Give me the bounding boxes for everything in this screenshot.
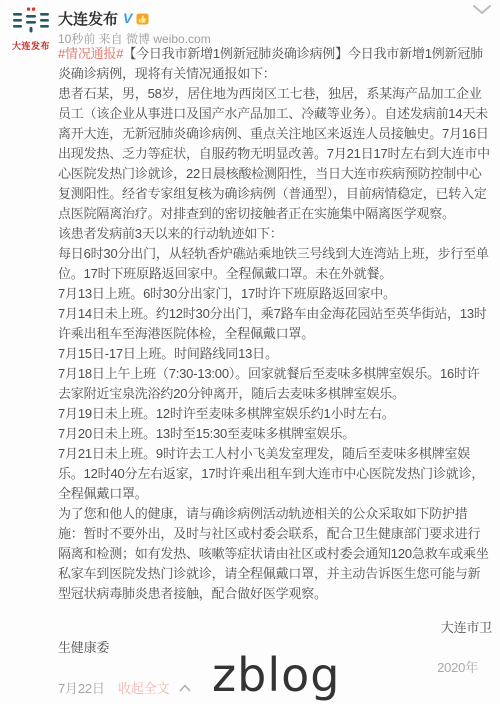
post-paragraph: 患者石某，男，58岁，居住地为西岗区工七巷，独居，系某海产品加工企业员工（该企业… — [58, 84, 492, 224]
username[interactable]: 大连发布 — [58, 8, 118, 29]
weibo-post-page: 大连发布 大连发布 V 10秒前 来自 微博 weibo.com #情况通报#【… — [0, 0, 500, 704]
post-paragraph: 7月14日未上班。约12时30分出门，乘7路车由金海花园站至英华街站，13时许乘… — [58, 304, 492, 344]
collapse-text-link[interactable]: 收起全文 — [118, 681, 169, 696]
watermark: zblog — [212, 648, 340, 702]
post-paragraph: 为了您和他人的健康，请与确诊病例活动轨迹相关的公众采取如下防护措施：暂时不要外出… — [58, 504, 492, 604]
post-paragraph: 该患者发病前3天以来的行动轨迹如下： — [58, 224, 492, 244]
post-body: #情况通报#【今日我市新增1例新冠肺炎确诊病例】今日我市新增1例新冠肺炎确诊病例… — [58, 44, 492, 699]
post-paragraph: 每日6时30分出门，从轻轨香炉礁站乘地铁三号线到大连湾站上班，步行至单位。17时… — [58, 244, 492, 284]
dalian-fabu-logo-icon — [12, 20, 50, 37]
post-paragraph: 7月18日上午上班（7:30-13:00）。回家就餐后至麦味多棋牌室娱乐。16时… — [58, 364, 492, 404]
signature-line-1: 大连市卫 — [58, 618, 492, 638]
post-paragraph: 7月20日未上班。13时至15:30至麦味多棋牌室娱乐。 — [58, 424, 492, 444]
verified-badge-icon: V — [123, 10, 132, 26]
chevron-up-icon[interactable] — [179, 678, 191, 698]
member-badge-icon — [136, 12, 149, 25]
post-paragraph: 7月21日未上班。9时许去工人村小飞美发室理发，随后至麦味多棋牌室娱乐。12时4… — [58, 444, 492, 504]
post-paragraphs: 患者石某，男，58岁，居住地为西岗区工七巷，独居，系某海产品加工企业员工（该企业… — [58, 84, 492, 604]
username-row: 大连发布 V — [58, 8, 149, 28]
post-date: 7月22日 — [58, 681, 105, 696]
post-paragraph: #情况通报#【今日我市新增1例新冠肺炎确诊病例】今日我市新增1例新冠肺炎确诊病例… — [58, 44, 492, 84]
post-text: #情况通报#【今日我市新增1例新冠肺炎确诊病例】今日我市新增1例新冠肺炎确诊病例… — [58, 44, 492, 604]
hashtag-link[interactable]: #情况通报# — [58, 46, 123, 61]
post-paragraph: 7月13日上班。6时30分出家门，17时许下班原路返回家中。 — [58, 284, 492, 304]
avatar-logo-text: 大连发布 — [8, 39, 54, 52]
chevron-down-icon[interactable] — [472, 4, 492, 16]
avatar[interactable]: 大连发布 — [8, 6, 54, 54]
post-paragraph: 7月15日-17日上班。时间路线同13日。 — [58, 344, 492, 364]
post-paragraph: 7月19日未上班。12时许至麦味多棋牌室娱乐约1小时左右。 — [58, 404, 492, 424]
